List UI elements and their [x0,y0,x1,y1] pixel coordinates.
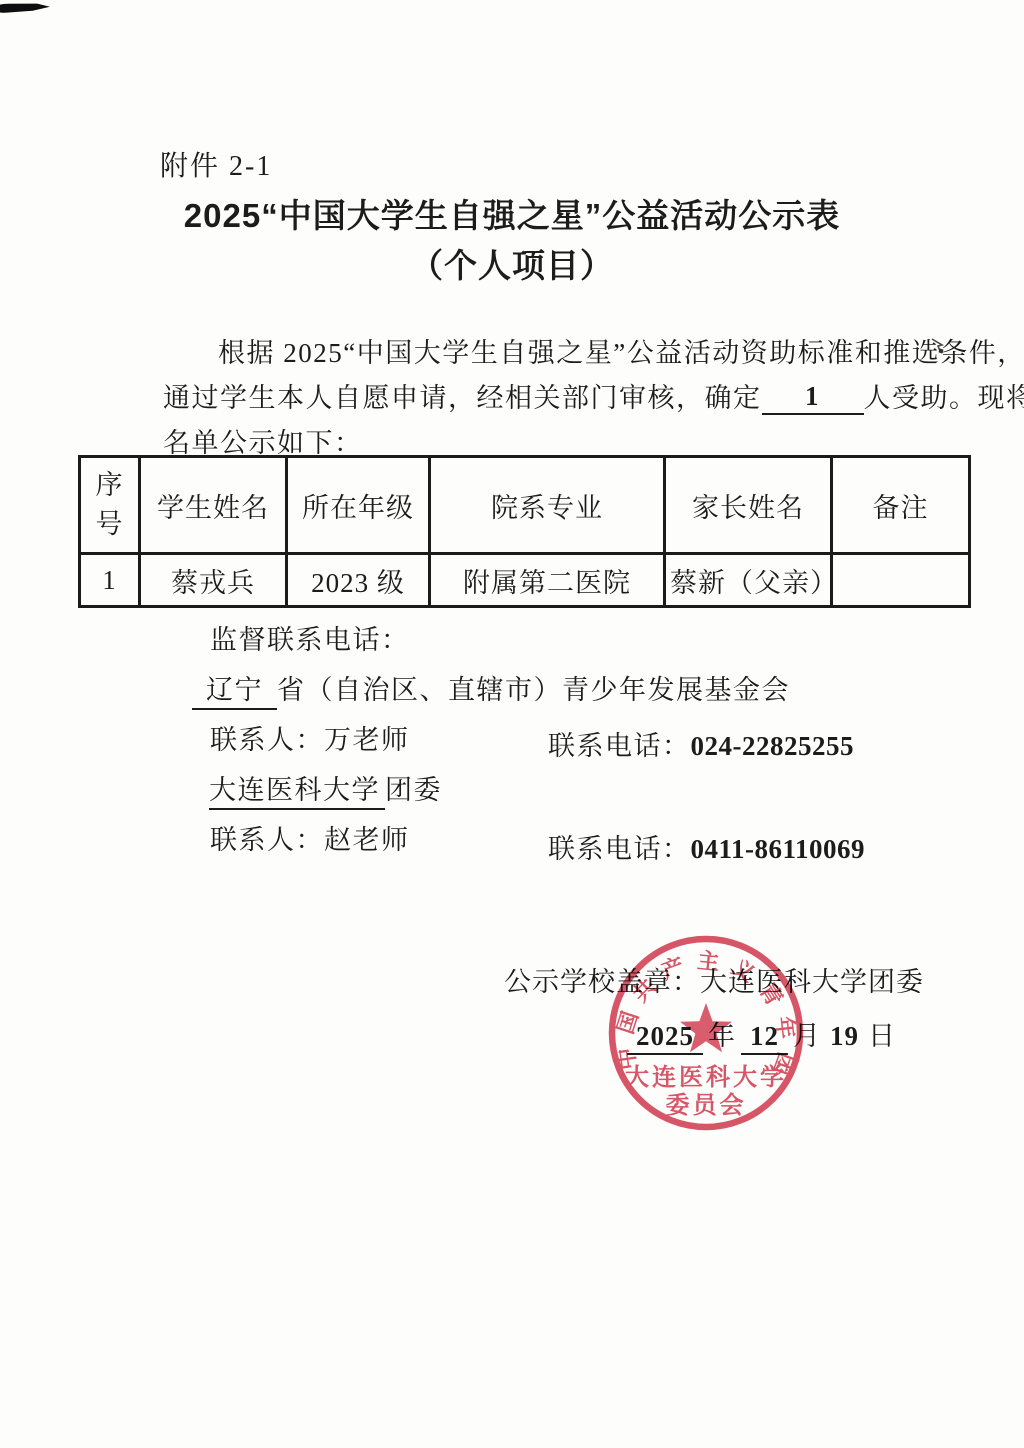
announcement-table: 序号 学生姓名 所在年级 院系专业 家长姓名 备注 1 蔡戎兵 2023 级 附… [78,455,971,608]
phone-line-2: 联系电话：0411-86110069 [548,827,865,866]
date-day-unit: 日 [868,1021,896,1051]
university-name: 大连医科大学 [209,775,385,810]
phone2-number: 0411-86110069 [691,834,866,864]
foundation-rest: 省（自治区、直辖市）青少年发展基金会 [277,675,790,705]
cell-department: 附属第二医院 [430,554,665,607]
supervision-heading: 监督联系电话： [210,618,410,657]
contact-line-1: 联系人：万老师 [210,718,410,757]
scanned-document-page: 附件 2-1 2025“中国大学生自强之星”公益活动公示表 （个人项目） 根据 … [0,0,1024,1448]
university-league-line: 大连医科大学团委 [209,768,442,807]
col-header-grade: 所在年级 [287,457,430,554]
contact2-label: 联系人： [210,825,324,855]
phone1-number: 024-22825255 [691,731,855,761]
col-header-department: 院系专业 [430,457,665,554]
col-header-seq: 序号 [80,457,140,554]
col-header-parent-name: 家长姓名 [665,457,832,554]
stamp-committee-text: 委员会 [666,1091,747,1119]
phone-line-1: 联系电话：024-22825255 [548,724,854,763]
star-icon [680,1003,732,1052]
body-line2-pre: 通过学生本人自愿申请，经相关部门审核，确定 [163,383,762,413]
contact1-label: 联系人： [210,725,324,755]
table-header-row: 序号 学生姓名 所在年级 院系专业 家长姓名 备注 [80,457,970,554]
phone2-label: 联系电话： [548,834,691,864]
contact1-name: 万老师 [324,725,410,755]
date-day: 19 [830,1021,859,1051]
cell-grade: 2023 级 [287,554,430,607]
col-header-remarks: 备注 [832,457,970,554]
phone1-label: 联系电话： [548,731,691,761]
province-name: 辽宁 [192,675,277,710]
cell-seq: 1 [80,554,140,607]
col-header-student-name: 学生姓名 [140,457,287,554]
scan-smudge-mark [0,2,50,14]
approved-count-blank: 1 [762,382,864,415]
contact-line-2: 联系人：赵老师 [210,818,410,857]
university-league-rest: 团委 [385,775,442,805]
body-paragraph-line-1: 根据 2025“中国大学生自强之星”公益活动资助标准和推选条件， [218,331,1024,370]
contact2-name: 赵老师 [324,825,410,855]
cell-parent-name: 蔡新（父亲） [665,554,832,607]
foundation-line: 辽宁省（自治区、直辖市）青少年发展基金会 [192,668,790,707]
official-red-stamp: 中国共产主义青年团 大连医科大学 委员会 [606,933,806,1133]
body-paragraph-line-2: 通过学生本人自愿申请，经相关部门审核，确定1人受助。现将 [163,376,1024,415]
document-title: 2025“中国大学生自强之星”公益活动公示表 [0,190,1024,237]
cell-remarks [832,554,970,607]
stamp-university-text: 大连医科大学 [625,1064,787,1091]
document-subtitle: （个人项目） [0,240,1024,287]
table-row: 1 蔡戎兵 2023 级 附属第二医院 蔡新（父亲） [80,554,970,607]
attachment-label: 附件 2-1 [160,144,272,184]
cell-student-name: 蔡戎兵 [140,554,287,607]
body-line2-post: 人受助。现将 [864,383,1024,413]
